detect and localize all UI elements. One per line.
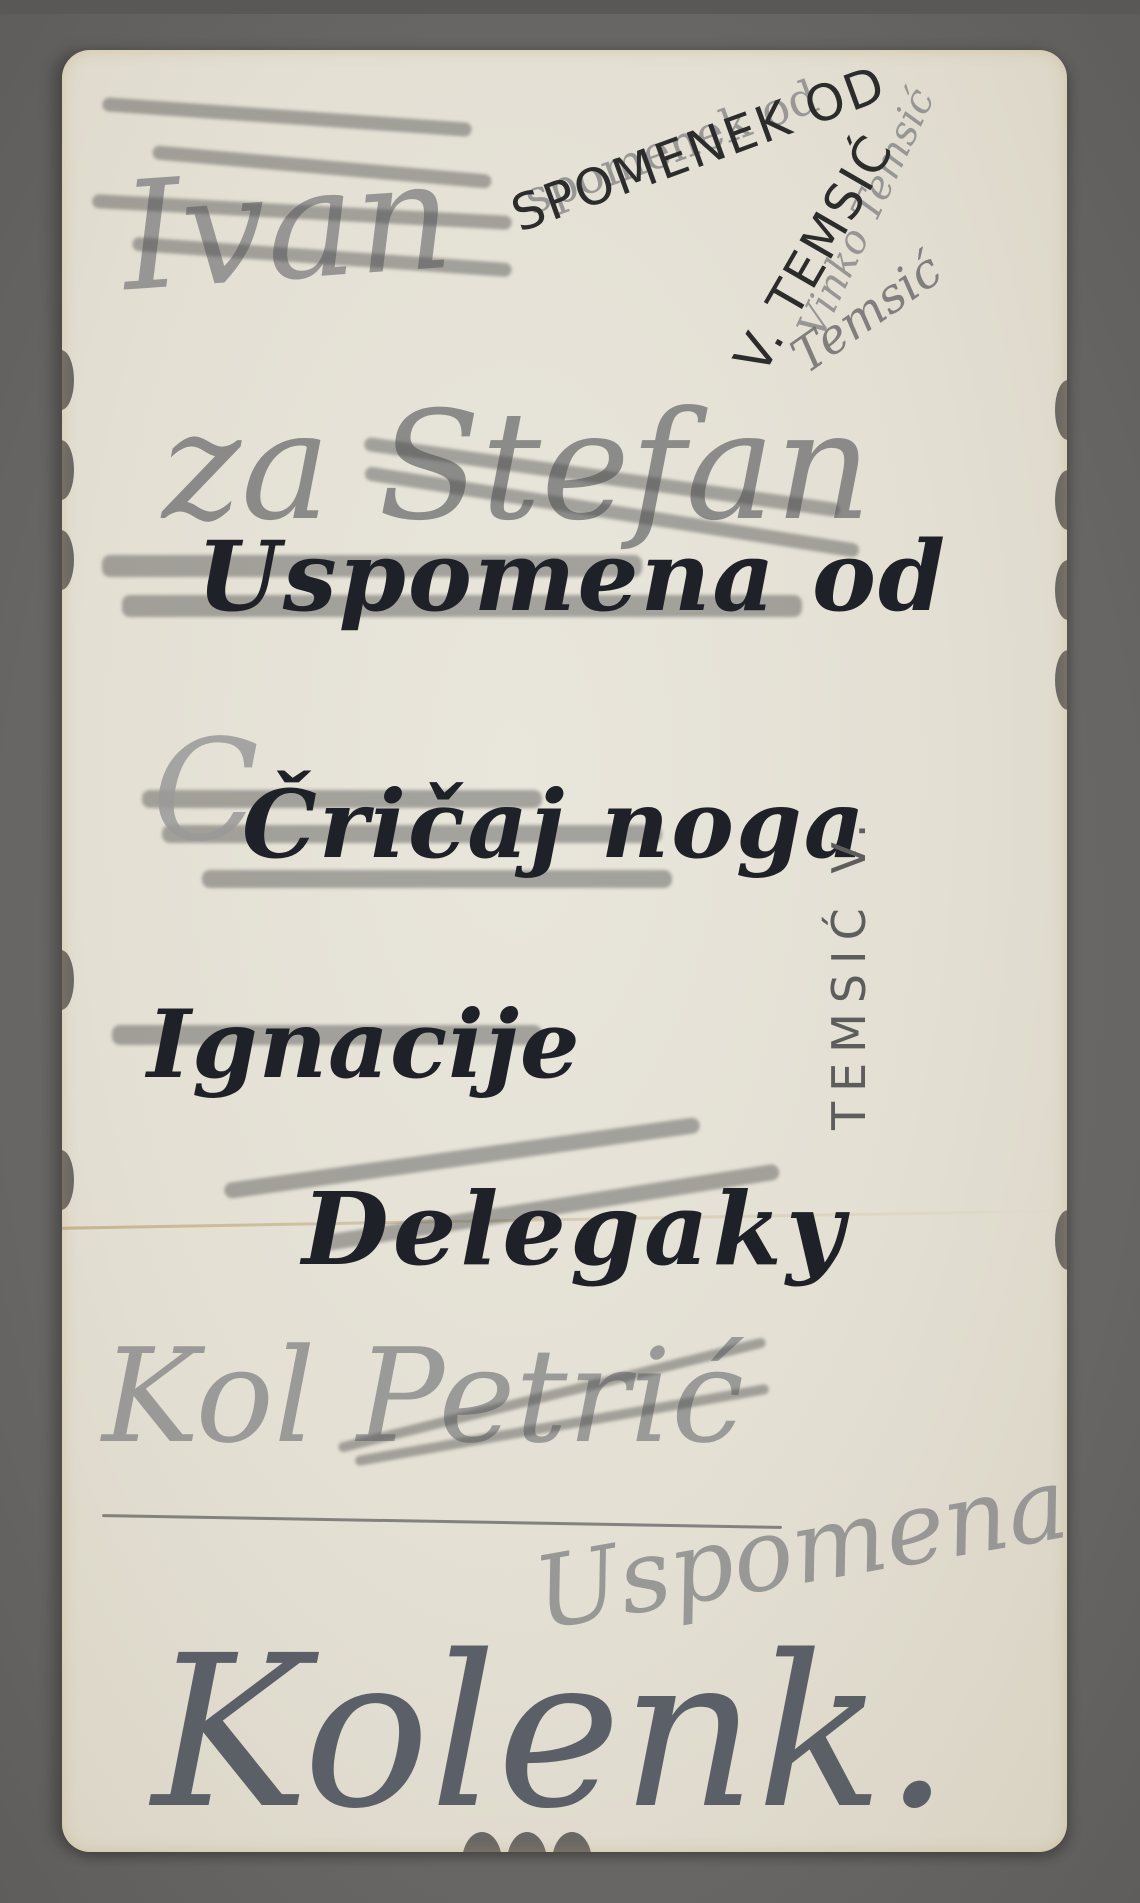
ink-line-uspomena-od: Uspomena od: [197, 520, 947, 633]
backing-top-edge: [0, 0, 1140, 14]
vertical-temsic: TEMSIĆ V.: [822, 813, 876, 1130]
ink-line-cricaj-noga: Čričaj noga: [242, 770, 867, 880]
card-scallop-notch: [62, 950, 74, 1010]
card-scallop-notch: [1055, 560, 1067, 620]
card-scallop-notch: [1055, 1210, 1067, 1270]
card-scallop-notch: [1055, 380, 1067, 440]
pencil-scribble: [102, 97, 472, 137]
card-scallop-notch: [1055, 470, 1067, 530]
memento-card: Ivan spomenek od SPOMENEK OD Vinko Temsi…: [62, 50, 1067, 1852]
card-scallop-notch: [1055, 650, 1067, 710]
card-scallop-notch: [62, 530, 74, 590]
signature-kolenk: Kolenk.: [152, 1610, 950, 1852]
ink-line-ignacije: Ignacije: [147, 990, 581, 1100]
card-scallop-notch: [62, 350, 74, 410]
ink-line-delegaky: Delegaky: [302, 1170, 848, 1288]
card-scallop-notch: [62, 440, 74, 500]
card-scallop-notch: [62, 1150, 74, 1210]
